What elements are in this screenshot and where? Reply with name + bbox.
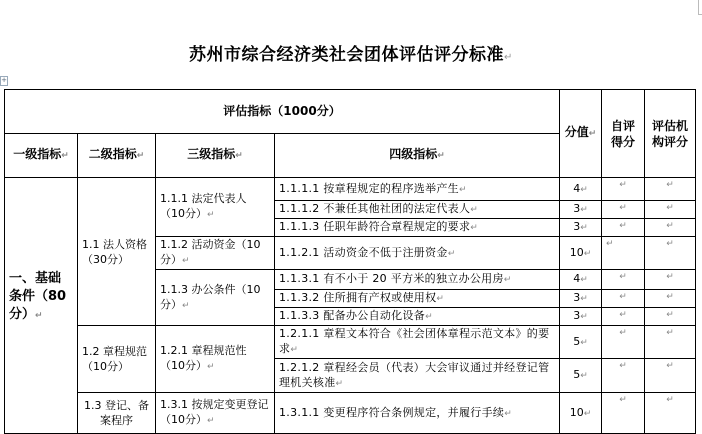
score-cell: 5↵ xyxy=(560,326,602,359)
paragraph-mark-icon: ↵ xyxy=(182,256,190,266)
paragraph-mark-icon: ↵ xyxy=(235,151,243,161)
level4-cell: 1.1.1.1 按章程规定的程序选举产生↵ xyxy=(275,178,560,201)
paragraph-mark-icon: ↵ xyxy=(504,409,512,419)
header-agency-score: 评估机构评分 xyxy=(645,90,696,178)
score-cell: 4↵ xyxy=(560,178,602,201)
header-evaluation-indicators: 评估指标（1000分） xyxy=(5,90,560,134)
level3-cell: 1.1.2 活动资金（10分）↵ xyxy=(156,237,275,270)
agency-score-input[interactable]: ↵ xyxy=(645,178,696,201)
level3-cell: 1.1.1 法定代表人（10分）↵ xyxy=(156,178,275,237)
paragraph-mark-icon: ↵ xyxy=(504,52,513,63)
agency-score-input[interactable]: ↵ xyxy=(645,237,696,270)
paragraph-mark-icon: ↵ xyxy=(436,294,444,304)
header-level4-label: 四级指标 xyxy=(389,147,437,161)
agency-score-input[interactable]: ↵ xyxy=(645,270,696,290)
paragraph-mark-icon: ↵ xyxy=(580,223,588,233)
paragraph-mark-icon: ↵ xyxy=(580,338,588,348)
self-score-input[interactable]: ↵ xyxy=(602,201,645,219)
level4-cell: 1.1.1.2 不兼任其他社团的法定代表人↵ xyxy=(275,201,560,219)
level4-label: 1.1.3.1 有不小于 20 平方米的独立办公用房 xyxy=(279,272,504,285)
document-title-text: 苏州市综合经济类社会团体评估评分标准 xyxy=(189,45,504,65)
level3-cell: 1.3.1 按规定变更登记（10分）↵ xyxy=(156,393,275,434)
level4-cell: 1.3.1.1 变更程序符合条例规定，并履行手续↵ xyxy=(275,393,560,434)
level2-label: 1.1 法人资格（30分） xyxy=(82,238,147,266)
score-cell: 3↵ xyxy=(560,219,602,237)
agency-score-input[interactable]: ↵ xyxy=(645,326,696,359)
level2-cell: 1.2 章程规范（10分） xyxy=(78,326,156,393)
table-move-handle-icon[interactable]: + xyxy=(0,76,8,86)
paragraph-mark-icon: ↵ xyxy=(207,210,215,220)
paragraph-mark-icon: ↵ xyxy=(448,249,456,259)
self-score-input[interactable]: ↵ xyxy=(602,359,645,393)
self-score-input[interactable]: ↵ xyxy=(602,308,645,326)
level4-label: 1.1.1.3 任职年龄符合章程规定的要求 xyxy=(279,220,470,233)
paragraph-mark-icon: ↵ xyxy=(35,311,43,321)
paragraph-mark-icon: ↵ xyxy=(589,129,597,139)
agency-score-input[interactable]: ↵ xyxy=(645,290,696,308)
score-cell: 3↵ xyxy=(560,308,602,326)
paragraph-mark-icon: ↵ xyxy=(459,185,467,195)
page-corner-mark xyxy=(698,0,702,15)
evaluation-standards-table: 评估指标（1000分） 分值↵ 自评得分 评估机构评分 一级指标↵ 二级指标↵ … xyxy=(4,89,696,434)
level4-cell: 1.1.3.3 配备办公自动化设备↵ xyxy=(275,308,560,326)
paragraph-mark-icon: ↵ xyxy=(336,379,344,389)
score-cell: 10↵ xyxy=(560,393,602,434)
score-cell: 3↵ xyxy=(560,201,602,219)
level4-cell: 1.2.1.2 章程经会员（代表）大会审议通过并经登记管理机关核准↵ xyxy=(275,359,560,393)
paragraph-mark-icon: ↵ xyxy=(580,312,588,322)
paragraph-mark-icon: ↵ xyxy=(207,362,215,372)
level4-label: 1.1.1.2 不兼任其他社团的法定代表人 xyxy=(279,202,470,215)
level4-label: 1.2.1.1 章程文本符合《社会团体章程示范文本》的要求 xyxy=(279,327,549,355)
score-cell: 5↵ xyxy=(560,359,602,393)
level4-cell: 1.1.1.3 任职年龄符合章程规定的要求↵ xyxy=(275,219,560,237)
level4-cell: 1.2.1.1 章程文本符合《社会团体章程示范文本》的要求↵ xyxy=(275,326,560,359)
self-score-input[interactable]: ↵ xyxy=(602,326,645,359)
header-self-score-label: 自评得分 xyxy=(611,119,635,149)
level3-label: 1.1.2 活动资金（10分） xyxy=(160,238,260,266)
document-title: 苏州市综合经济类社会团体评估评分标准↵ xyxy=(0,40,702,65)
header-level3-label: 三级指标 xyxy=(187,147,235,161)
agency-score-input[interactable]: ↵ xyxy=(645,201,696,219)
self-score-input[interactable]: ↵ xyxy=(602,270,645,290)
score-cell: 4↵ xyxy=(560,270,602,290)
paragraph-mark-icon: ↵ xyxy=(61,151,69,161)
level4-label: 1.1.3.3 配备办公自动化设备 xyxy=(279,309,425,322)
self-score-input[interactable]: ↵ xyxy=(602,290,645,308)
agency-score-input[interactable]: ↵ xyxy=(645,219,696,237)
score-value: 10 xyxy=(570,406,584,419)
paragraph-mark-icon: ↵ xyxy=(137,151,145,161)
level3-cell: 1.2.1 章程规范性（10分）↵ xyxy=(156,326,275,393)
header-level4: 四级指标↵ xyxy=(275,134,560,178)
header-level3: 三级指标↵ xyxy=(156,134,275,178)
header-score: 分值↵ xyxy=(560,90,602,178)
paragraph-mark-icon: ↵ xyxy=(580,205,588,215)
header-level2: 二级指标↵ xyxy=(78,134,156,178)
paragraph-mark-icon: ↵ xyxy=(580,185,588,195)
paragraph-mark-icon: ↵ xyxy=(580,275,588,285)
header-agency-score-label: 评估机构评分 xyxy=(652,119,688,149)
level4-label: 1.2.1.2 章程经会员（代表）大会审议通过并经登记管理机关核准 xyxy=(279,361,549,389)
paragraph-mark-icon: ↵ xyxy=(584,409,592,419)
header-group-label: 评估指标（1000分） xyxy=(223,104,340,118)
level2-label: 1.2 章程规范（10分） xyxy=(82,345,147,373)
paragraph-mark-icon: ↵ xyxy=(470,223,478,233)
level4-label: 1.1.2.1 活动资金不低于注册资金 xyxy=(279,246,448,259)
header-level1-label: 一级指标 xyxy=(13,147,61,161)
header-self-score: 自评得分 xyxy=(602,90,645,178)
level4-cell: 1.1.2.1 活动资金不低于注册资金↵ xyxy=(275,237,560,270)
agency-score-input[interactable]: ↵ xyxy=(645,308,696,326)
level3-cell: 1.1.3 办公条件（10分）↵ xyxy=(156,270,275,326)
paragraph-mark-icon: ↵ xyxy=(584,249,592,259)
header-level2-label: 二级指标 xyxy=(89,147,137,161)
paragraph-mark-icon: ↵ xyxy=(207,416,215,426)
paragraph-mark-icon: ↵ xyxy=(425,312,433,322)
self-score-input[interactable]: ↵ xyxy=(602,393,645,434)
paragraph-mark-icon: ↵ xyxy=(470,205,478,215)
level2-cell: 1.3 登记、备案程序 xyxy=(78,393,156,434)
level3-label: 1.1.1 法定代表人（10分） xyxy=(160,192,247,220)
level4-cell: 1.1.3.2 住所拥有产权或使用权↵ xyxy=(275,290,560,308)
self-score-input[interactable]: ↵ xyxy=(602,237,645,270)
level4-label: 1.1.3.2 住所拥有产权或使用权 xyxy=(279,291,436,304)
level1-cell: 一、基础条件（80分）↵ xyxy=(5,178,78,434)
level4-cell: 1.1.3.1 有不小于 20 平方米的独立办公用房↵ xyxy=(275,270,560,290)
level4-label: 1.3.1.1 变更程序符合条例规定，并履行手续 xyxy=(279,406,504,419)
paragraph-mark-icon: ↵ xyxy=(182,301,190,311)
self-score-input[interactable]: ↵ xyxy=(602,219,645,237)
agency-score-input[interactable]: ↵ xyxy=(645,359,696,393)
level3-label: 1.2.1 章程规范性（10分） xyxy=(160,344,247,372)
score-value: 10 xyxy=(570,246,584,259)
level4-label: 1.1.1.1 按章程规定的程序选举产生 xyxy=(279,182,459,195)
paragraph-mark-icon: ↵ xyxy=(290,345,298,355)
level2-label: 1.3 登记、备案程序 xyxy=(84,399,149,427)
level3-label: 1.1.3 办公条件（10分） xyxy=(160,283,260,311)
paragraph-mark-icon: ↵ xyxy=(580,371,588,381)
score-cell: 10↵ xyxy=(560,237,602,270)
header-level1: 一级指标↵ xyxy=(5,134,78,178)
paragraph-mark-icon: ↵ xyxy=(580,294,588,304)
paragraph-mark-icon: ↵ xyxy=(504,275,512,285)
header-score-label: 分值 xyxy=(565,125,589,139)
level2-cell: 1.1 法人资格（30分） xyxy=(78,178,156,326)
paragraph-mark-icon: ↵ xyxy=(437,151,445,161)
score-cell: 3↵ xyxy=(560,290,602,308)
self-score-input[interactable]: ↵ xyxy=(602,178,645,201)
agency-score-input[interactable]: ↵ xyxy=(645,393,696,434)
